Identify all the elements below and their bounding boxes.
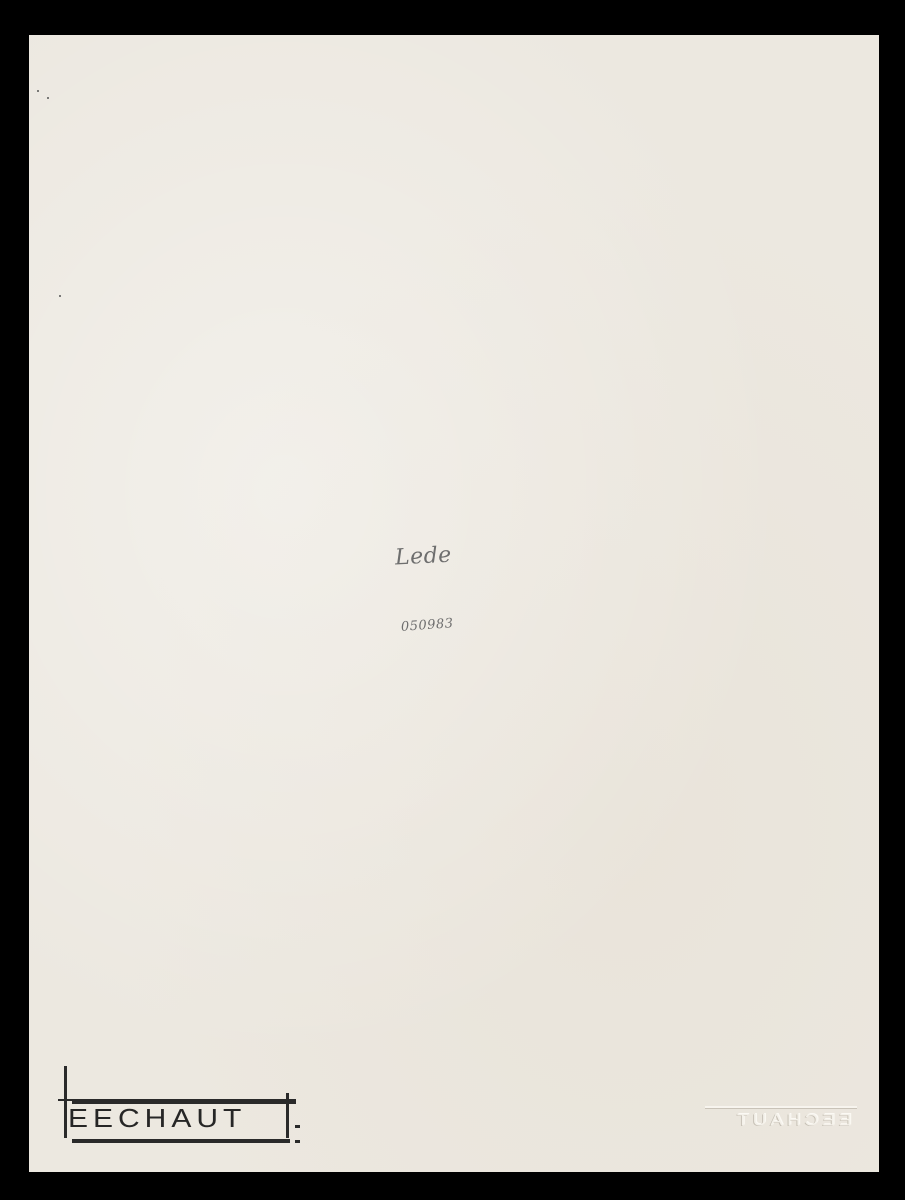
photo-paper-back: Lede 050983 EECHAUT EECHAUT <box>29 35 879 1172</box>
logo-top-bar <box>72 1099 296 1104</box>
handwritten-code: 050983 <box>401 616 455 635</box>
logo-dash <box>295 1140 300 1143</box>
dust-speck <box>37 90 39 92</box>
emboss-line <box>705 1106 857 1108</box>
logo-left-vertical-line <box>64 1066 67 1138</box>
dust-speck <box>59 295 61 297</box>
dust-speck <box>47 97 49 99</box>
logo-bottom-bar <box>72 1139 290 1143</box>
logo-brand-text: EECHAUT <box>68 1105 246 1134</box>
logo-right-vertical-line <box>286 1093 289 1138</box>
photographer-logo: EECHAUT <box>58 1066 298 1146</box>
logo-dash <box>295 1125 300 1128</box>
handwritten-name: Lede <box>394 543 452 571</box>
emboss-mirrored-text: EECHAUT <box>733 1112 852 1131</box>
embossed-stamp: EECHAUT <box>703 1103 863 1135</box>
